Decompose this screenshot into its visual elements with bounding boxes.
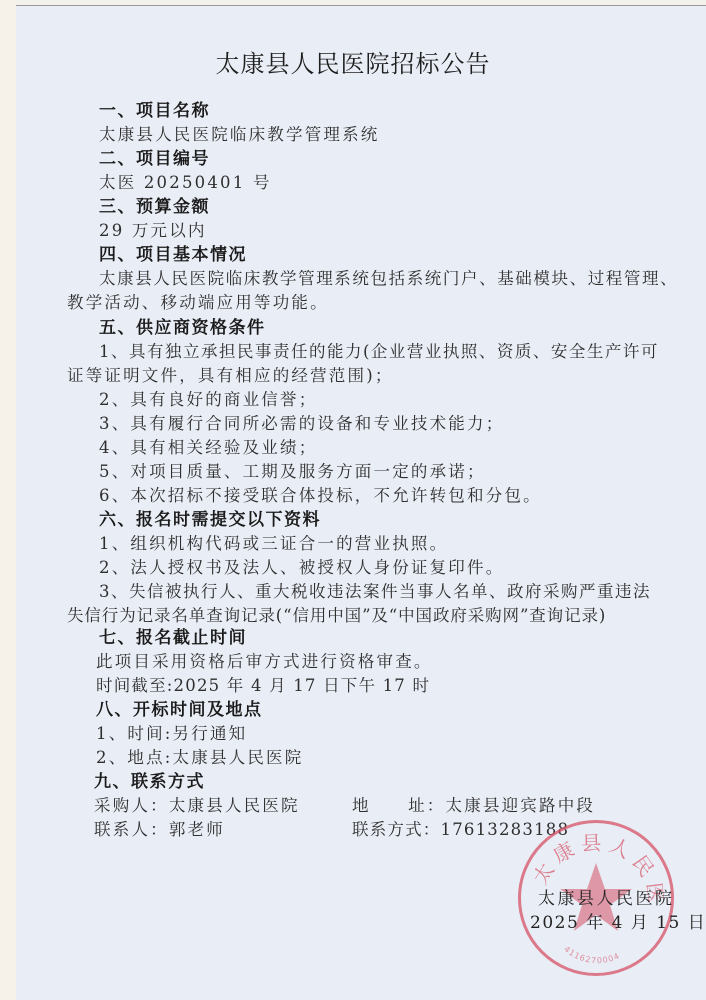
section-heading-supplier-qualifications: 五、供应商资格条件 xyxy=(99,317,266,339)
purchaser-row: 采购人：太康县人民医院 xyxy=(94,795,300,817)
bid-opening-time: 1、时间:另行通知 xyxy=(96,723,247,745)
phone-label: 联系方式： xyxy=(352,820,441,839)
required-document-item: 1、组织机构代码或三证合一的营业执照。 xyxy=(99,533,448,555)
signature-organization: 太康县人民医院 xyxy=(538,888,675,910)
project-overview-line: 教学活动、移动端应用等功能。 xyxy=(67,292,329,314)
qualification-item: 4、具有相关经验及业绩； xyxy=(99,437,317,459)
qualification-item: 证等证明文件，具有相应的经营范围)； xyxy=(67,365,394,387)
address-label: 地 址： xyxy=(352,796,446,815)
contact-person-value: 郭老师 xyxy=(169,820,225,839)
address-row: 地 址：太康县迎宾路中段 xyxy=(352,795,595,817)
required-document-item: 2、法人授权书及法人、被授权人身份证复印件。 xyxy=(99,557,504,579)
project-number: 太医 20250401 号 xyxy=(99,172,272,194)
section-heading-required-documents: 六、报名时需提交以下资料 xyxy=(99,509,321,531)
registration-deadline: 时间截至:2025 年 4 月 17 日下午 17 时 xyxy=(96,675,430,697)
section-heading-bid-opening: 八、开标时间及地点 xyxy=(96,699,263,721)
bid-opening-location: 2、地点:太康县人民医院 xyxy=(96,747,303,769)
address-value: 太康县迎宾路中段 xyxy=(446,796,596,815)
budget-amount: 29 万元以内 xyxy=(99,220,207,242)
contact-person-label: 联系人： xyxy=(94,820,169,839)
svg-text:4116270004: 4116270004 xyxy=(562,944,621,965)
signature-date: 2025 年 4 月 15 日 xyxy=(530,912,706,934)
section-heading-contact: 九、联系方式 xyxy=(94,771,205,793)
qualification-item: 1、具有独立承担民事责任的能力(企业营业执照、资质、安全生产许可 xyxy=(99,341,659,363)
project-overview-line: 太康县人民医院临床教学管理系统包括系统门户、基础模块、过程管理、 xyxy=(99,268,678,290)
required-document-item: 失信行为记录名单查询记录(“信用中国”及“中国政府采购网”查询记录) xyxy=(67,605,606,627)
section-heading-budget: 三、预算金额 xyxy=(99,196,210,218)
qualification-item: 5、对项目质量、工期及服务方面一定的承诺； xyxy=(99,461,486,483)
section-heading-project-number: 二、项目编号 xyxy=(99,148,210,170)
qualification-item: 2、具有良好的商业信誉； xyxy=(99,389,317,411)
scan-margin xyxy=(0,0,16,1000)
section-heading-project-overview: 四、项目基本情况 xyxy=(99,244,247,266)
required-document-item: 3、失信被执行人、重大税收违法案件当事人名单、政府采购严重违法 xyxy=(99,581,651,603)
project-name: 太康县人民医院临床教学管理系统 xyxy=(99,124,380,146)
section-heading-project-name: 一、项目名称 xyxy=(99,100,210,122)
purchaser-value: 太康县人民医院 xyxy=(169,796,300,815)
section-heading-registration-deadline: 七、报名截止时间 xyxy=(99,627,247,649)
qualification-item: 3、具有履行合同所必需的设备和专业技术能力； xyxy=(99,413,504,435)
contact-person-row: 联系人：郭老师 xyxy=(94,819,225,841)
qualification-item: 6、本次招标不接受联合体投标，不允许转包和分包。 xyxy=(99,485,542,507)
purchaser-label: 采购人： xyxy=(94,796,169,815)
registration-method: 此项目采用资格后审方式进行资格审查。 xyxy=(96,651,433,673)
document-title: 太康县人民医院招标公告 xyxy=(0,44,706,79)
